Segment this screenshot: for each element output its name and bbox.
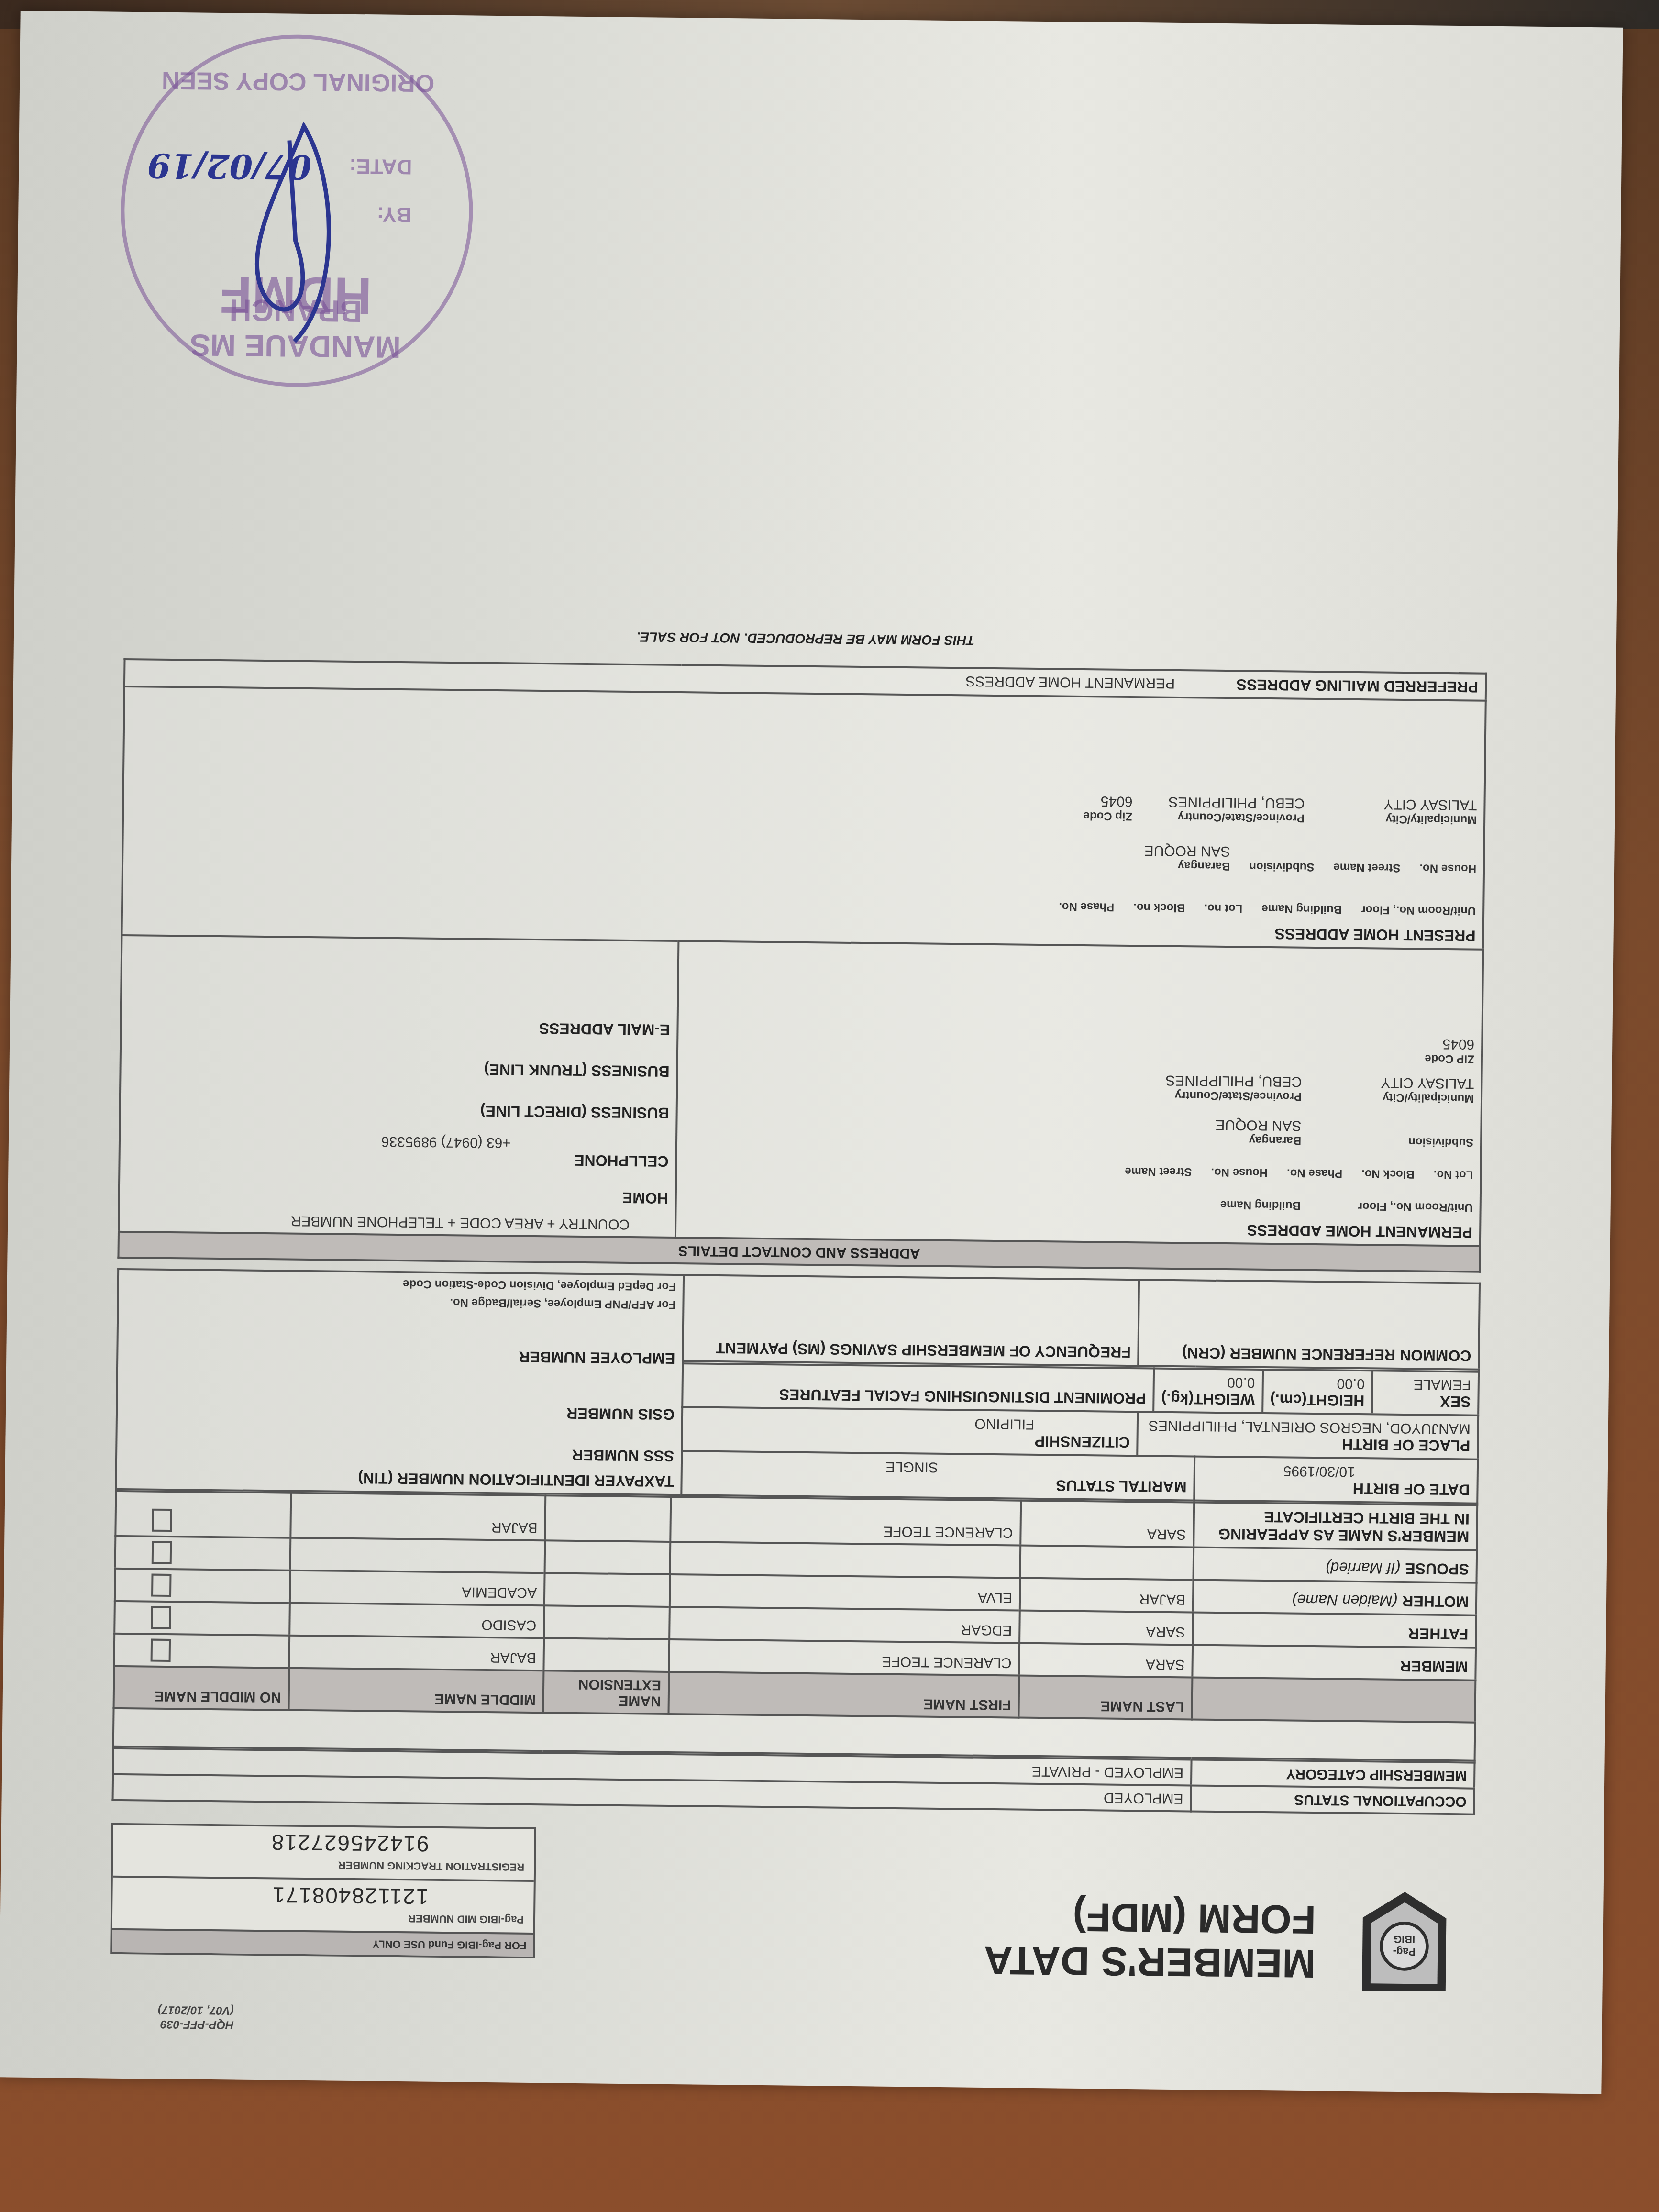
permanent-address-cell: PERMANENT HOME ADDRESS Unit/Room No., Fl… xyxy=(675,941,1483,1246)
perm-block-label: Block No. xyxy=(1361,1167,1415,1181)
rtn-label: REGISTRATION TRACKING NUMBER xyxy=(122,1857,524,1873)
office-use-box: FOR Pag-IBIG Fund USE ONLY Pag-IBIG MID … xyxy=(110,1823,536,1958)
first-name-value[interactable]: CLARENCE TEOFE xyxy=(669,1639,1019,1676)
last-name-value[interactable]: BAJAR xyxy=(1020,1578,1194,1613)
mid-value[interactable]: 121128408171 xyxy=(122,1880,429,1910)
first-name-value[interactable]: ELVA xyxy=(670,1574,1020,1611)
last-name-value[interactable]: SARA xyxy=(1019,1611,1193,1645)
pres-lot-label: Lot no. xyxy=(1204,901,1242,915)
membership-category-label: MEMBERSHIP CATEGORY xyxy=(1191,1759,1475,1788)
no-middle-name-checkbox[interactable] xyxy=(151,1574,172,1597)
middle-name-value[interactable] xyxy=(290,1538,545,1573)
col-middle-name: MIDDLE NAME xyxy=(289,1668,544,1713)
sss-label: SSS NUMBER xyxy=(124,1441,674,1465)
dob-label: DATE OF BIRTH xyxy=(1202,1478,1470,1499)
dob-value[interactable]: 10/30/1995 xyxy=(1202,1462,1355,1480)
perm-city-value[interactable]: TALISAY CITY xyxy=(1321,1073,1474,1091)
crn-cell: COMMON REFERENCE NUMBER (CRN) xyxy=(1139,1280,1480,1369)
dob-cell: DATE OF BIRTH 10/30/1995 xyxy=(1194,1456,1478,1503)
permanent-address-title: PERMANENT HOME ADDRESS xyxy=(683,1215,1472,1241)
marital-label: MARITAL STATUS xyxy=(1056,1477,1187,1495)
relation-label: MEMBER'S NAME AS APPEARING IN THE BIRTH … xyxy=(1218,1508,1470,1545)
stamp-by-label: BY: xyxy=(377,202,412,226)
perm-building-label: Building Name xyxy=(1148,1197,1301,1212)
tin-label: TAXPAYER IDENTIFICATION NUMBER (TIN) xyxy=(123,1467,674,1490)
relation-note: (Maiden Name) xyxy=(1292,1592,1398,1610)
pob-label: PLACE OF BIRTH xyxy=(1145,1433,1471,1454)
pres-block-label: Block no. xyxy=(1133,900,1185,914)
deped-note: For DepEd Employee, Division Code-Statio… xyxy=(126,1274,676,1293)
perm-house-label: House No. xyxy=(1211,1165,1268,1179)
present-address-cell: PRESENT HOME ADDRESS Unit/Room No., Floo… xyxy=(122,686,1485,950)
name-row-label: MOTHER(Maiden Name) xyxy=(1193,1580,1477,1615)
sex-cell: SEX FEMALE xyxy=(1372,1371,1478,1414)
name-extension-value[interactable] xyxy=(544,1573,670,1607)
name-row-label: MEMBER'S NAME AS APPEARING IN THE BIRTH … xyxy=(1194,1502,1477,1550)
pob-cell: PLACE OF BIRTH MANJUYOD, NEGROS ORIENTAL… xyxy=(1138,1412,1478,1459)
middle-name-value[interactable]: ACADEMIA xyxy=(290,1571,545,1606)
pag-ibig-logo-icon: Pag- IBIG xyxy=(1349,1881,1460,1997)
no-middle-name-cell xyxy=(114,1634,289,1668)
name-row-label: FATHER xyxy=(1193,1612,1476,1648)
home-phone-label: HOME xyxy=(127,1183,668,1207)
height-label: HEIGHT(cm.) xyxy=(1270,1391,1365,1409)
first-name-value[interactable]: CLARENCE TEOFE xyxy=(670,1497,1021,1546)
mid-label: Pag-IBIG MID NUMBER xyxy=(122,1909,524,1926)
first-name-value[interactable] xyxy=(670,1542,1021,1578)
no-middle-name-checkbox[interactable] xyxy=(151,1639,171,1662)
name-extension-value[interactable] xyxy=(544,1605,670,1639)
col-first-name: FIRST NAME xyxy=(669,1672,1019,1718)
crn-label: COMMON REFERENCE NUMBER (CRN) xyxy=(1146,1343,1471,1364)
weight-value[interactable]: 0.00 xyxy=(1161,1373,1255,1391)
height-value[interactable]: 0.00 xyxy=(1270,1374,1365,1392)
sex-value[interactable]: FEMALE xyxy=(1380,1376,1471,1393)
no-middle-name-cell xyxy=(115,1536,291,1571)
no-middle-name-cell xyxy=(115,1569,290,1603)
col-no-middle-name: NO MIDDLE NAME xyxy=(114,1666,289,1710)
form-code: HQP-PFF-039 (V07, 10/2017) xyxy=(110,2002,234,2032)
perm-unit-label: Unit/Room No., Floor xyxy=(1320,1199,1473,1214)
stamp-bottom-text: ORIGINAL COPY SEEN xyxy=(126,66,471,98)
email-label: E-MAIL ADDRESS xyxy=(128,1015,670,1039)
occupational-status-label: OCCUPATIONAL STATUS xyxy=(1191,1785,1474,1814)
relation-label: FATHER xyxy=(1408,1625,1469,1643)
names-header-blank xyxy=(1192,1677,1475,1722)
ms-frequency-cell: FREQUENCY OF MEMBERSHIP SAVINGS (MS) PAY… xyxy=(683,1275,1139,1366)
gsis-label: GSIS NUMBER xyxy=(124,1400,675,1423)
address-table: ADDRESS AND CONTACT DETAILS PERMANENT HO… xyxy=(117,658,1487,1273)
no-middle-name-checkbox[interactable] xyxy=(152,1509,172,1532)
citizenship-cell: CITIZENSHIP FILIPINO xyxy=(682,1407,1138,1456)
no-middle-name-cell xyxy=(114,1601,290,1636)
perm-phase-label: Phase No. xyxy=(1287,1166,1342,1180)
form-header: Pag- IBIG MEMBER'S DATA FORM (MDF) HQP-P… xyxy=(110,1801,1475,2016)
form-code-line-1: HQP-PFF-039 xyxy=(110,2016,234,2032)
svg-text:IBIG: IBIG xyxy=(1394,1933,1415,1945)
pres-barangay-label: Barangay xyxy=(1144,858,1230,873)
name-row-label: MEMBER xyxy=(1192,1645,1476,1680)
mailing-address-value[interactable]: PERMANENT HOME ADDRESS xyxy=(965,673,1175,691)
col-last-name: LAST NAME xyxy=(1018,1676,1192,1720)
contact-cell: COUNTRY + AREA CODE + TELEPHONE NUMBER H… xyxy=(119,935,678,1238)
middle-name-value[interactable]: CASIDO xyxy=(289,1603,544,1638)
middle-name-value[interactable]: BAJAR xyxy=(289,1636,544,1671)
pres-barangay-value[interactable]: SAN ROQUE xyxy=(1144,842,1230,859)
no-middle-name-checkbox[interactable] xyxy=(151,1606,171,1629)
afp-note: For AFP/PNP Employee, Serial/Badge No. xyxy=(125,1292,675,1311)
weight-cell: WEIGHT(kg.) 0.00 xyxy=(1153,1369,1262,1412)
personal-table: DATE OF BIRTH 10/30/1995 MARITAL STATUS … xyxy=(115,1268,1481,1504)
svg-text:Pag-: Pag- xyxy=(1393,1946,1416,1958)
no-middle-name-checkbox[interactable] xyxy=(152,1541,172,1564)
sex-label: SEX xyxy=(1380,1392,1471,1411)
relation-note: (If Married) xyxy=(1326,1559,1401,1577)
perm-province-label: Province/State/Country xyxy=(1149,1088,1302,1103)
last-name-value[interactable] xyxy=(1020,1546,1194,1580)
cellphone-label: CELLPHONE xyxy=(127,1147,668,1170)
middle-name-value[interactable]: BAJAR xyxy=(290,1493,545,1541)
last-name-value[interactable]: SARA xyxy=(1019,1643,1193,1678)
contact-title: COUNTRY + AREA CODE + TELEPHONE NUMBER xyxy=(126,1211,630,1232)
perm-province-value[interactable]: CEBU, PHILIPPINES xyxy=(1149,1072,1302,1089)
citizenship-label: CITIZENSHIP xyxy=(689,1428,1130,1451)
perm-barangay-value[interactable]: SAN ROQUE xyxy=(1148,1116,1301,1133)
name-extension-value[interactable] xyxy=(543,1638,669,1672)
pres-unit-label: Unit/Room No., Floor xyxy=(1361,903,1476,918)
height-cell: HEIGHT(cm.) 0.00 xyxy=(1262,1370,1372,1413)
perm-city-label: Municipality/City xyxy=(1321,1090,1474,1105)
name-row-label: SPOUSE(If Married) xyxy=(1193,1547,1477,1582)
pres-city-label: Municipality/City xyxy=(1324,811,1477,826)
pres-zip-label: Zip Code xyxy=(979,808,1132,823)
relation-label: MEMBER xyxy=(1400,1658,1468,1675)
relation-label: MOTHER xyxy=(1402,1593,1469,1610)
features-cell: PROMINENT DISTINGUISHING FACIAL FEATURES xyxy=(683,1363,1154,1411)
perm-subdivision-label: Subdivision xyxy=(1320,1117,1474,1149)
office-use-header: FOR Pag-IBIG Fund USE ONLY xyxy=(112,1928,533,1957)
physical-cell: SEX FEMALE HEIGHT(cm.) 0.00 WEIGHT(kg.) … xyxy=(682,1361,1479,1415)
pres-city-value[interactable]: TALISAY CITY xyxy=(1324,795,1477,813)
pres-province-value[interactable]: CEBU, PHILIPPINES xyxy=(1151,793,1305,811)
ms-frequency-label: FREQUENCY OF MEMBERSHIP SAVINGS (MS) PAY… xyxy=(690,1338,1131,1361)
marital-cell: MARITAL STATUS SINGLE xyxy=(681,1451,1194,1500)
title-line-2: FORM (MDF) xyxy=(984,1894,1316,1942)
first-name-value[interactable]: EDGAR xyxy=(669,1607,1020,1643)
form-title: MEMBER'S DATA FORM (MDF) xyxy=(984,1894,1316,1986)
signature-icon xyxy=(222,109,368,359)
no-middle-name-cell xyxy=(115,1491,291,1538)
pres-zip-value[interactable]: 6045 xyxy=(979,792,1132,809)
business-trunk-label: BUSINESS (TRUNK LINE) xyxy=(128,1057,669,1080)
form-code-line-2: (V07, 10/2017) xyxy=(110,2002,234,2018)
mdf-form-sheet: Pag- IBIG MEMBER'S DATA FORM (MDF) HQP-P… xyxy=(0,11,1623,2094)
names-table: LAST NAME FIRST NAME NAME EXTENSION MIDD… xyxy=(112,1490,1478,1762)
name-extension-value[interactable] xyxy=(545,1495,671,1542)
marital-value[interactable]: SINGLE xyxy=(689,1456,938,1475)
perm-street-label: Street Name xyxy=(1125,1164,1192,1178)
last-name-value[interactable]: SARA xyxy=(1020,1501,1194,1548)
pres-street-label: Street Name xyxy=(1333,844,1401,874)
col-name-extension: NAME EXTENSION xyxy=(543,1670,669,1714)
employee-number-label: EMPLOYEE NUMBER xyxy=(125,1344,675,1367)
title-line-1: MEMBER'S DATA xyxy=(984,1938,1316,1986)
name-extension-value[interactable] xyxy=(545,1540,671,1574)
relation-label: SPOUSE xyxy=(1405,1560,1469,1578)
pres-province-label: Province/State/Country xyxy=(1151,809,1305,824)
weight-label: WEIGHT(kg.) xyxy=(1161,1390,1255,1408)
pres-house-label: House No. xyxy=(1419,845,1476,875)
ids-cell: TAXPAYER IDENTIFICATION NUMBER (TIN) SSS… xyxy=(116,1269,684,1495)
pres-phase-label: Phase No. xyxy=(1059,899,1114,913)
pob-value[interactable]: MANJUYOD, NEGROS ORIENTAL, PHILIPPINES xyxy=(1145,1417,1471,1437)
rtn-value[interactable]: 914245627218 xyxy=(122,1828,429,1857)
features-label: PROMINENT DISTINGUISHING FACIAL FEATURES xyxy=(690,1384,1146,1407)
business-direct-label: BUSINESS (DIRECT LINE) xyxy=(128,1098,669,1122)
mailing-address-label: PREFERRED MAILING ADDRESS xyxy=(1236,676,1478,696)
footer-note: THIS FORM MAY BE REPRODUCED. NOT FOR SAL… xyxy=(124,624,1487,653)
perm-barangay-label: Barangay xyxy=(1148,1132,1301,1147)
perm-lot-label: Lot No. xyxy=(1434,1168,1473,1182)
pres-subdivision-label: Subdivision xyxy=(1249,843,1315,874)
pres-building-label: Building Name xyxy=(1261,902,1342,916)
